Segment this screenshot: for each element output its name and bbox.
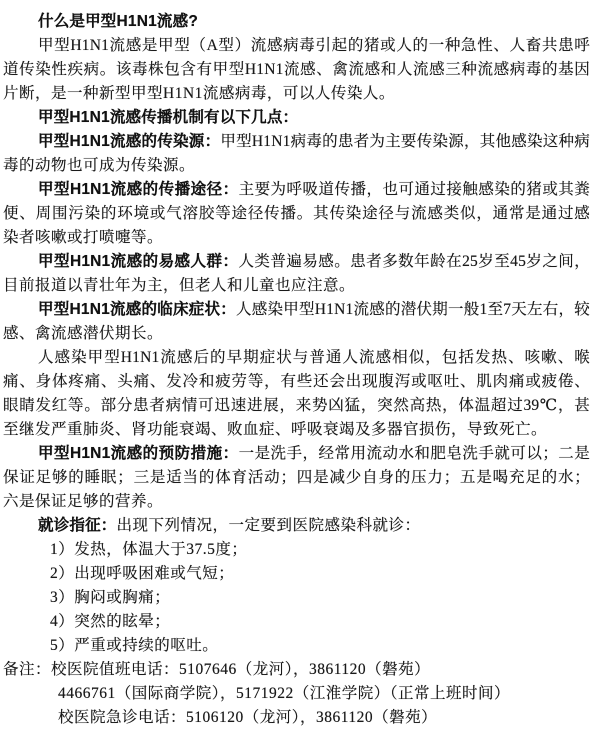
line-body-text: 痛、身体疼痛、头痛、发冷和疲劳等，有些还会出现腹泻或呕吐、肌肉痛或疲倦、 <box>3 373 590 390</box>
line-heading-text: 什么是甲型H1N1流感? <box>38 13 198 30</box>
line-heading-text: 甲型H1N1流感的传播途径： <box>38 181 239 198</box>
text-line-28: 备注：校医院值班电话：5107646（龙河），3861120（磐苑） <box>3 658 590 682</box>
line-body-text: 4）突然的眩晕； <box>50 613 170 630</box>
line-heading-text: 就诊指征： <box>38 517 117 534</box>
line-body-text: 甲型H1N1流感是甲型（A型）流感病毒引起的猪或人的一种急性、人畜共患呼吸 <box>38 37 590 58</box>
line-body-text: 出现下列情况，一定要到医院感染科就诊： <box>117 517 421 534</box>
text-line-7: 毒的动物也可成为传染源。 <box>3 154 590 178</box>
document-lines: 什么是甲型H1N1流感? 甲型H1N1流感是甲型（A型）流感病毒引起的猪或人的一… <box>3 10 590 730</box>
line-body-text: 眼睛发红等。部分患者病情可迅速进展，来势凶猛，突然高热，体温超过39℃，甚 <box>3 397 590 414</box>
text-line-25: 3）胸闷或胸痛； <box>3 586 590 610</box>
line-body-text: 至继发严重肺炎、肾功能衰竭、败血症、呼吸衰竭及多器官损伤，导致死亡。 <box>3 421 547 438</box>
line-body-text: 校医院急诊电话：5106120（龙河），3861120（磐苑） <box>58 709 437 726</box>
line-heading-text: 甲型H1N1流感的传染源： <box>38 133 220 150</box>
text-line-10: 染者咳嗽或打喷嚏等。 <box>3 226 590 250</box>
line-body-text: 人感染甲型H1N1流感后的早期症状与普通人流感相似，包括发热、咳嗽、喉 <box>38 349 590 366</box>
line-body-text: 感、禽流感潜伏期长。 <box>3 325 163 342</box>
line-body-text: 六是保证足够的营养。 <box>3 493 163 510</box>
text-line-26: 4）突然的眩晕； <box>3 610 590 634</box>
line-body-text: 5）严重或持续的呕吐。 <box>50 637 218 654</box>
text-line-4: 片断，是一种新型甲型H1N1流感病毒，可以人传染人。 <box>3 82 590 106</box>
text-line-12: 目前报道以青壮年为主，但老人和儿童也应注意。 <box>3 274 590 298</box>
text-line-6: 甲型H1N1流感的传染源：甲型H1N1病毒的患者为主要传染源，其他感染这种病 <box>3 130 590 154</box>
text-line-23: 1）发热，体温大于37.5度； <box>3 538 590 562</box>
text-line-1: 什么是甲型H1N1流感? <box>3 10 590 34</box>
text-line-11: 甲型H1N1流感的易感人群：人类普遍易感。患者多数年龄在25岁至45岁之间， <box>3 250 590 274</box>
line-body-text: 便、周围污染的环境或气溶胶等途径传播。其传染途径与流感类似，通常是通过感 <box>3 205 590 222</box>
line-body-text: 2）出现呼吸困难或气短； <box>50 565 234 582</box>
line-body-text: 3）胸闷或胸痛； <box>50 589 170 606</box>
text-line-17: 眼睛发红等。部分患者病情可迅速进展，来势凶猛，突然高热，体温超过39℃，甚 <box>3 394 590 418</box>
line-body-text: 片断，是一种新型甲型H1N1流感病毒，可以人传染人。 <box>3 85 395 102</box>
line-body-text: 1）发热，体温大于37.5度； <box>50 541 247 558</box>
line-body-text: 人类普遍易感。患者多数年龄在25岁至45岁之间， <box>238 253 590 270</box>
line-body-text: 一是洗手，经常用流动水和肥皂洗手就可以；二是 <box>239 445 590 462</box>
text-line-20: 保证足够的睡眠；三是适当的体育活动；四是减少自身的压力；五是喝充足的水； <box>3 466 590 490</box>
text-line-30: 校医院急诊电话：5106120（龙河），3861120（磐苑） <box>3 706 590 730</box>
line-body-text: 染者咳嗽或打喷嚏等。 <box>3 229 163 246</box>
text-line-19: 甲型H1N1流感的预防措施：一是洗手，经常用流动水和肥皂洗手就可以；二是 <box>3 442 590 466</box>
line-body-text: 主要为呼吸道传播，也可通过接触感染的猪或其粪 <box>239 181 590 198</box>
line-heading-text: 甲型H1N1流感传播机制有以下几点： <box>38 109 298 126</box>
line-body-text: 备注：校医院值班电话：5107646（龙河），3861120（磐苑） <box>3 661 430 678</box>
text-line-9: 便、周围污染的环境或气溶胶等途径传播。其传染途径与流感类似，通常是通过感 <box>3 202 590 226</box>
line-body-text: 甲型H1N1病毒的患者为主要传染源，其他感染这种病 <box>220 133 590 150</box>
line-body-text: 道传染性疾病。该毒株包含有甲型H1N1流感、禽流感和人流感三种流感病毒的基因 <box>3 61 590 78</box>
text-line-29: 4466761（国际商学院），5171922（江淮学院）（正常上班时间） <box>3 682 590 706</box>
text-line-18: 至继发严重肺炎、肾功能衰竭、败血症、呼吸衰竭及多器官损伤，导致死亡。 <box>3 418 590 442</box>
line-body-text: 毒的动物也可成为传染源。 <box>3 157 195 174</box>
h1n1-flu-notice-document: 什么是甲型H1N1流感? 甲型H1N1流感是甲型（A型）流感病毒引起的猪或人的一… <box>0 0 600 744</box>
text-line-5: 甲型H1N1流感传播机制有以下几点： <box>3 106 590 130</box>
line-heading-text: 甲型H1N1流感的预防措施： <box>38 445 239 462</box>
line-body-text: 目前报道以青壮年为主，但老人和儿童也应注意。 <box>3 277 355 294</box>
text-line-24: 2）出现呼吸困难或气短； <box>3 562 590 586</box>
text-line-27: 5）严重或持续的呕吐。 <box>3 634 590 658</box>
text-line-15: 人感染甲型H1N1流感后的早期症状与普通人流感相似，包括发热、咳嗽、喉 <box>3 346 590 370</box>
line-body-text: 保证足够的睡眠；三是适当的体育活动；四是减少自身的压力；五是喝充足的水； <box>3 469 590 486</box>
text-line-8: 甲型H1N1流感的传播途径：主要为呼吸道传播，也可通过接触感染的猪或其粪 <box>3 178 590 202</box>
line-body-text: 4466761（国际商学院），5171922（江淮学院）（正常上班时间） <box>58 685 510 702</box>
line-heading-text: 甲型H1N1流感的易感人群： <box>38 253 238 270</box>
text-line-3: 道传染性疾病。该毒株包含有甲型H1N1流感、禽流感和人流感三种流感病毒的基因 <box>3 58 590 82</box>
text-line-21: 六是保证足够的营养。 <box>3 490 590 514</box>
text-line-22: 就诊指征：出现下列情况，一定要到医院感染科就诊： <box>3 514 590 538</box>
text-line-14: 感、禽流感潜伏期长。 <box>3 322 590 346</box>
text-line-13: 甲型H1N1流感的临床症状：人感染甲型H1N1流感的潜伏期一般1至7天左右，较流 <box>3 298 590 322</box>
text-line-16: 痛、身体疼痛、头痛、发冷和疲劳等，有些还会出现腹泻或呕吐、肌肉痛或疲倦、 <box>3 370 590 394</box>
line-heading-text: 甲型H1N1流感的临床症状： <box>38 301 236 318</box>
text-line-2: 甲型H1N1流感是甲型（A型）流感病毒引起的猪或人的一种急性、人畜共患呼吸 <box>3 34 590 58</box>
